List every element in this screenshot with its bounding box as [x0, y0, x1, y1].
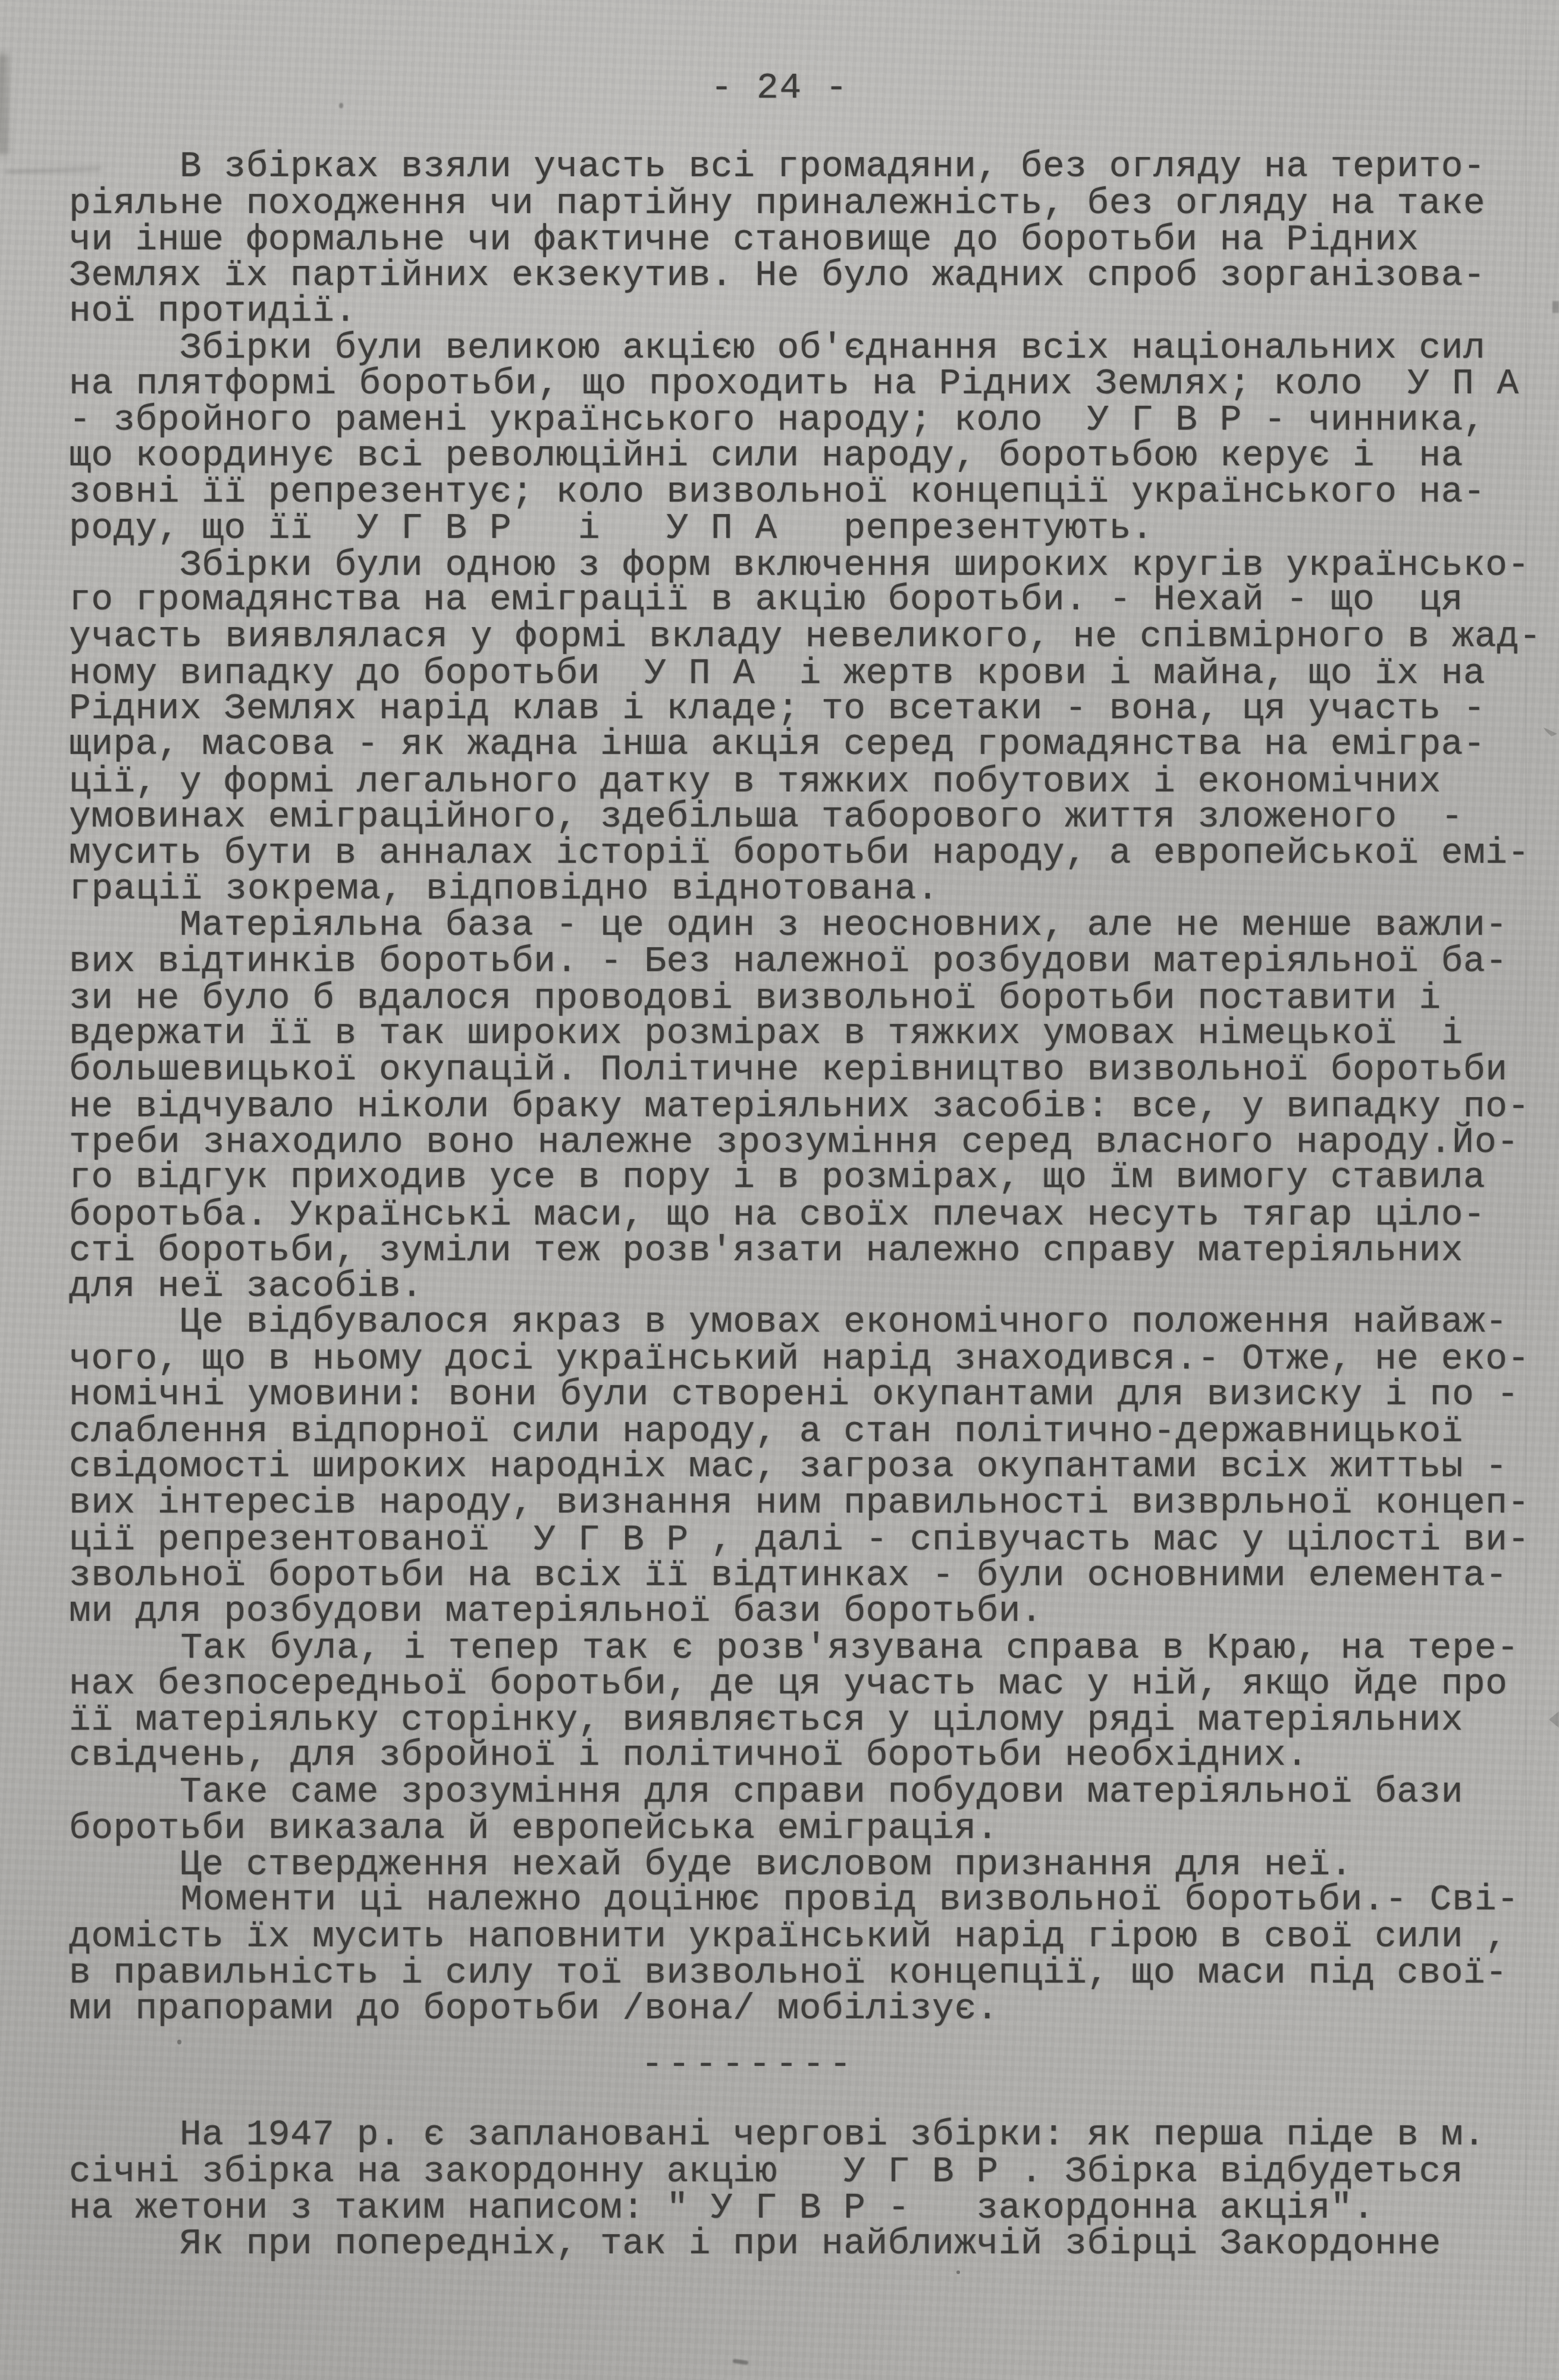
text-line: ріяльне походження чи партійну приналежн…: [69, 186, 1532, 223]
scan-artifact-mark: [1543, 727, 1557, 737]
text-line: го громадянства на еміграції в акцію бор…: [69, 583, 1532, 619]
text-line: вих інтересів народу, визнання ним прави…: [69, 1486, 1532, 1522]
text-line: Так була, і тепер так є розв'язувана спр…: [69, 1631, 1532, 1667]
text-line: Матеріяльна база - це один з неосновних,…: [69, 908, 1532, 944]
text-line: для неї засобів.: [69, 1269, 1532, 1305]
text-line: чи інше формальне чи фактичне становище …: [69, 223, 1532, 259]
text-line: большевицької окупацій. Політичне керівн…: [69, 1053, 1532, 1089]
text-line: номічні умовини: вони були створені окуп…: [69, 1377, 1532, 1414]
text-line: ми прапорами до боротьби /вона/ мобілізу…: [69, 1991, 1532, 2028]
text-line: ми для розбудови матеріяльної бази борот…: [69, 1594, 1532, 1630]
text-line: ції, у формі легального датку в тяжких п…: [69, 765, 1532, 801]
scan-artifact-smudge: [733, 2359, 749, 2365]
body-text: В збірках взяли участь всі громадяни, бе…: [69, 150, 1532, 2063]
text-line: мусить бути в анналах історії боротьби н…: [69, 836, 1532, 872]
text-line: Збірки були великою акцією об'єднання вс…: [69, 331, 1532, 367]
scan-artifact-dot: [956, 2271, 960, 2274]
text-line: нах безпосередньої боротьби, де ця участ…: [69, 1667, 1532, 1703]
text-line: Як при попередніх, так і при найближчій …: [69, 2226, 1532, 2263]
scan-artifact-mark: [1549, 1711, 1559, 1728]
text-line: на жетони з таким написом: " У Г В Р - з…: [69, 2191, 1532, 2227]
text-line: вих відтинків боротьби. - Без належної р…: [69, 944, 1532, 981]
text-line: ної протидії.: [69, 294, 1532, 330]
text-line: умовинах еміграційного, здебільша таборо…: [69, 800, 1532, 836]
text-line: Землях їх партійних екзекутив. Не було ж…: [69, 258, 1532, 295]
text-line: Це відбувалося якраз в умовах економічно…: [69, 1305, 1532, 1341]
text-line: звольної боротьби на всіх її відтинках -…: [69, 1558, 1532, 1595]
text-line: го відгук приходив усе в пору і в розмір…: [69, 1160, 1532, 1197]
text-line: не відчувало ніколи браку матеріяльних з…: [69, 1089, 1532, 1126]
text-line: січні збірка на закордонну акцію У Г В Р…: [69, 2154, 1532, 2191]
text-line: грації зокрема, відповідно віднотована.: [69, 872, 1532, 908]
text-line: На 1947 р. є заплановані чергові збірки:…: [69, 2118, 1532, 2154]
text-line: сті боротьби, зуміли теж розв'язати нале…: [69, 1233, 1532, 1270]
section-separator: - - - - - - - -: [641, 2047, 843, 2083]
text-line: роду, що її У Г В Р і У П А репрезентуют…: [69, 511, 1532, 547]
text-line: ному випадку до боротьби У П А і жертв к…: [69, 656, 1532, 693]
text-line: щира, масова - як жадна інша акція серед…: [69, 727, 1532, 763]
page-number: - 24 -: [0, 70, 1559, 107]
text-line: домість їх мусить наповнити український …: [69, 1919, 1532, 1956]
text-line: Рідних Землях нарід клав і кладе; то все…: [69, 691, 1532, 728]
text-line: Моменти ці належно доцінює провід визвол…: [69, 1883, 1532, 1919]
text-line: слаблення відпорної сили народу, а стан …: [69, 1414, 1532, 1451]
text-line: що координує всі революційні сили народу…: [69, 439, 1532, 475]
text-line: чого, що в ньому досі український нарід …: [69, 1342, 1532, 1378]
text-line: зи не було б вдалося проводові визвольно…: [69, 981, 1532, 1017]
text-line: Збірки були одною з форм включення широк…: [69, 548, 1532, 584]
text-line: свідчень, для збройної і політичної боро…: [69, 1738, 1532, 1774]
text-line: треби знаходило воно належне зрозуміння …: [69, 1125, 1532, 1161]
text-line: участь виявлялася у формі вкладу невелик…: [69, 619, 1532, 656]
text-line: в правильність і силу тої визвольної кон…: [69, 1956, 1532, 1992]
text-line: на плятформі боротьби, що проходить на Р…: [69, 367, 1532, 403]
scan-artifact-mark: [1552, 301, 1559, 313]
text-line: свідомості широких народніх мас, загроза…: [69, 1449, 1532, 1486]
footer-text: На 1947 р. є заплановані чергові збірки:…: [69, 2118, 1532, 2263]
text-line: її матеріяльку сторінку, виявляється у ц…: [69, 1703, 1532, 1739]
text-line: боротьба. Українські маси, що на своїх п…: [69, 1198, 1532, 1234]
text-line: вдержати її в так широких розмірах в тяж…: [69, 1016, 1532, 1053]
text-line: ції репрезентованої У Г В Р , далі - спі…: [69, 1523, 1532, 1559]
text-line: боротьби виказала й европейська еміграці…: [69, 1811, 1532, 1847]
text-line: Таке саме зрозуміння для справи побудови…: [69, 1775, 1532, 1811]
scanned-page: - 24 - В збірках взяли участь всі громад…: [0, 0, 1559, 2380]
text-line: В збірках взяли участь всі громадяни, бе…: [69, 149, 1532, 186]
text-line: зовні її репрезентує; коло визвольної ко…: [69, 475, 1532, 511]
text-line: - збройного рамені українського народу; …: [69, 403, 1532, 439]
text-line: Це ствердження нехай буде висловом призн…: [69, 1847, 1532, 1884]
